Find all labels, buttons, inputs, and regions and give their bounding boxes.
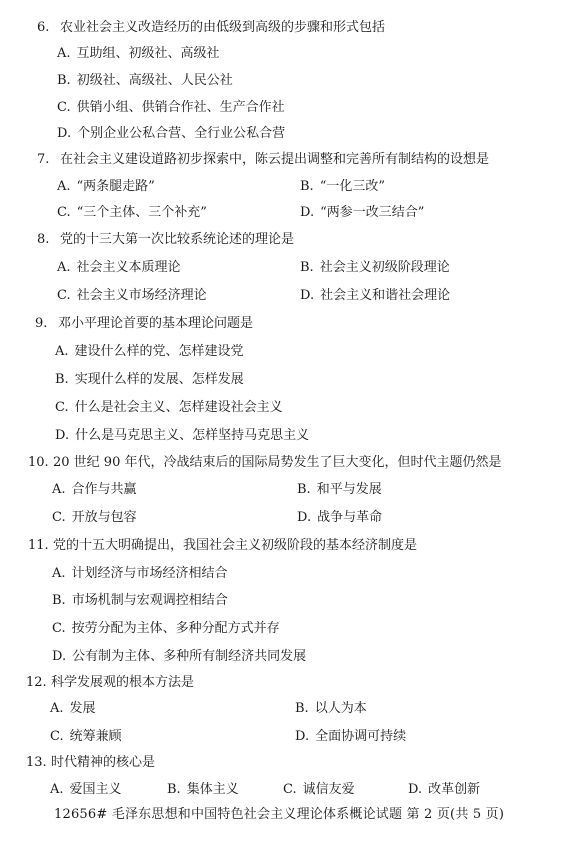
question-13-stem: 13.时代精神的核心是	[26, 755, 155, 771]
question-11-option-c: C.按劳分配为主体、多种分配方式并存	[52, 621, 280, 637]
option-letter: D.	[52, 649, 66, 665]
option-letter: A.	[57, 260, 71, 276]
option-text: 战争与革命	[317, 510, 382, 525]
question-9-option-b: B.实现什么样的发展、怎样发展	[55, 372, 244, 388]
question-10-option-b: B.和平与发展	[297, 482, 382, 498]
option-letter: D.	[300, 205, 314, 221]
question-number: 7.	[37, 152, 60, 168]
option-letter: C.	[52, 621, 66, 637]
option-letter: D.	[57, 126, 71, 142]
question-number: 9.	[35, 316, 58, 332]
option-text: 以人为本	[315, 701, 367, 716]
question-number: 12.	[26, 675, 51, 691]
option-letter: A.	[52, 566, 66, 582]
question-13-option-d: D.改革创新	[408, 782, 480, 798]
option-letter: A.	[57, 46, 71, 62]
question-13-option-a: A.爱国主义	[50, 782, 122, 798]
question-8-option-a: A.社会主义本质理论	[57, 260, 181, 276]
question-12-stem: 12.科学发展观的根本方法是	[26, 675, 194, 691]
question-7-option-b: B.“一化三改”	[300, 179, 385, 195]
option-text: 公有制为主体、多种所有制经济共同发展	[72, 649, 306, 664]
option-text: “两条腿走路”	[77, 179, 155, 194]
option-letter: B.	[167, 782, 181, 798]
option-text: 合作与共赢	[72, 482, 137, 497]
question-number: 13.	[26, 755, 51, 771]
question-11-option-b: B.市场机制与宏观调控相结合	[52, 593, 228, 609]
question-9-option-a: A.建设什么样的党、怎样建设党	[55, 344, 244, 360]
option-text: 和平与发展	[317, 482, 382, 497]
question-text: 科学发展观的根本方法是	[51, 675, 194, 690]
question-7-option-a: A.“两条腿走路”	[57, 179, 155, 195]
option-letter: C.	[50, 729, 64, 745]
question-number: 6.	[37, 20, 60, 36]
question-9-stem: 9.邓小平理论首要的基本理论问题是	[35, 316, 253, 332]
question-10-option-c: C.开放与包容	[52, 510, 137, 526]
option-letter: A.	[57, 179, 71, 195]
option-letter: C.	[52, 510, 66, 526]
question-11-option-a: A.计划经济与市场经济相结合	[52, 566, 228, 582]
option-letter: A.	[52, 482, 66, 498]
option-letter: C.	[283, 782, 297, 798]
option-letter: A.	[55, 344, 69, 360]
question-11-option-d: D.公有制为主体、多种所有制经济共同发展	[52, 649, 306, 665]
option-letter: D.	[297, 510, 311, 526]
option-letter: D.	[408, 782, 422, 798]
option-letter: C.	[57, 288, 71, 304]
option-letter: C.	[57, 205, 71, 221]
option-text: 建设什么样的党、怎样建设党	[75, 344, 244, 359]
option-text: 个别企业公私合营、全行业公私合营	[77, 126, 285, 141]
option-letter: A.	[50, 782, 64, 798]
question-6-option-c: C.供销小组、供销合作社、生产合作社	[57, 100, 285, 116]
option-text: “两参一改三结合”	[320, 205, 424, 220]
page-footer: 12656# 毛泽东思想和中国特色社会主义理论体系概论试题 第 2 页(共 5 …	[54, 807, 504, 823]
option-text: 爱国主义	[70, 782, 122, 797]
option-text: 社会主义市场经济理论	[77, 288, 207, 303]
option-text: 什么是马克思主义、怎样坚持马克思主义	[75, 428, 309, 443]
question-12-option-b: B.以人为本	[295, 701, 367, 717]
question-12-option-c: C.统筹兼顾	[50, 729, 122, 745]
option-letter: D.	[300, 288, 314, 304]
option-letter: D.	[55, 428, 69, 444]
option-text: 统筹兼顾	[70, 729, 122, 744]
question-6-option-b: B.初级社、高级社、人民公社	[57, 73, 233, 89]
question-text: 农业社会主义改造经历的由低级到高级的步骤和形式包括	[60, 20, 385, 35]
option-text: 互助组、初级社、高级社	[77, 46, 220, 61]
question-12-option-d: D.全面协调可持续	[295, 729, 406, 745]
question-7-option-c: C.“三个主体、三个补充”	[57, 205, 207, 221]
question-9-option-c: C.什么是社会主义、怎样建设社会主义	[55, 400, 283, 416]
question-12-option-a: A.发展	[50, 701, 96, 717]
option-text: 供销小组、供销合作社、生产合作社	[77, 100, 285, 115]
question-13-option-c: C.诚信友爱	[283, 782, 355, 798]
option-letter: B.	[295, 701, 309, 717]
option-letter: B.	[52, 593, 66, 609]
option-letter: B.	[55, 372, 69, 388]
question-8-option-b: B.社会主义初级阶段理论	[300, 260, 450, 276]
option-text: 市场机制与宏观调控相结合	[72, 593, 228, 608]
option-letter: C.	[57, 100, 71, 116]
option-text: 开放与包容	[72, 510, 137, 525]
question-number: 8.	[37, 232, 60, 248]
option-text: 社会主义初级阶段理论	[320, 260, 450, 275]
option-text: 初级社、高级社、人民公社	[77, 73, 233, 88]
option-letter: B.	[300, 260, 314, 276]
option-text: “三个主体、三个补充”	[77, 205, 207, 220]
option-text: 社会主义本质理论	[77, 260, 181, 275]
question-number: 10.	[28, 455, 53, 471]
option-text: 改革创新	[428, 782, 480, 797]
question-text: 党的十五大明确提出，我国社会主义初级阶段的基本经济制度是	[53, 538, 417, 553]
option-letter: B.	[57, 73, 71, 89]
question-13-option-b: B.集体主义	[167, 782, 239, 798]
question-text: 党的十三大第一次比较系统论述的理论是	[60, 232, 294, 247]
option-text: 实现什么样的发展、怎样发展	[75, 372, 244, 387]
option-text: 社会主义和谐社会理论	[320, 288, 450, 303]
question-text: 邓小平理论首要的基本理论问题是	[58, 316, 253, 331]
question-10-option-d: D.战争与革命	[297, 510, 382, 526]
question-11-stem: 11.党的十五大明确提出，我国社会主义初级阶段的基本经济制度是	[28, 538, 417, 554]
question-number: 11.	[28, 538, 53, 554]
option-text: 发展	[70, 701, 96, 716]
question-8-option-d: D.社会主义和谐社会理论	[300, 288, 450, 304]
option-text: 按劳分配为主体、多种分配方式并存	[72, 621, 280, 636]
question-text: 20 世纪 90 年代，冷战结束后的国际局势发生了巨大变化，但时代主题仍然是	[53, 455, 501, 470]
option-text: 集体主义	[187, 782, 239, 797]
option-letter: D.	[295, 729, 309, 745]
question-text: 时代精神的核心是	[51, 755, 155, 770]
question-10-option-a: A.合作与共赢	[52, 482, 137, 498]
option-text: “一化三改”	[320, 179, 385, 194]
question-7-stem: 7.在社会主义建设道路初步探索中，陈云提出调整和完善所有制结构的设想是	[37, 152, 489, 168]
option-text: 诚信友爱	[303, 782, 355, 797]
option-text: 全面协调可持续	[315, 729, 406, 744]
option-letter: B.	[297, 482, 311, 498]
question-10-stem: 10.20 世纪 90 年代，冷战结束后的国际局势发生了巨大变化，但时代主题仍然…	[28, 455, 501, 471]
option-text: 什么是社会主义、怎样建设社会主义	[75, 400, 283, 415]
question-8-stem: 8.党的十三大第一次比较系统论述的理论是	[37, 232, 294, 248]
option-text: 计划经济与市场经济相结合	[72, 566, 228, 581]
question-text: 在社会主义建设道路初步探索中，陈云提出调整和完善所有制结构的设想是	[60, 152, 489, 167]
option-letter: A.	[50, 701, 64, 717]
question-7-option-d: D.“两参一改三结合”	[300, 205, 424, 221]
question-6-option-d: D.个别企业公私合营、全行业公私合营	[57, 126, 285, 142]
question-8-option-c: C.社会主义市场经济理论	[57, 288, 207, 304]
question-9-option-d: D.什么是马克思主义、怎样坚持马克思主义	[55, 428, 309, 444]
option-letter: C.	[55, 400, 69, 416]
question-6-option-a: A.互助组、初级社、高级社	[57, 46, 220, 62]
question-6-stem: 6.农业社会主义改造经历的由低级到高级的步骤和形式包括	[37, 20, 385, 36]
option-letter: B.	[300, 179, 314, 195]
